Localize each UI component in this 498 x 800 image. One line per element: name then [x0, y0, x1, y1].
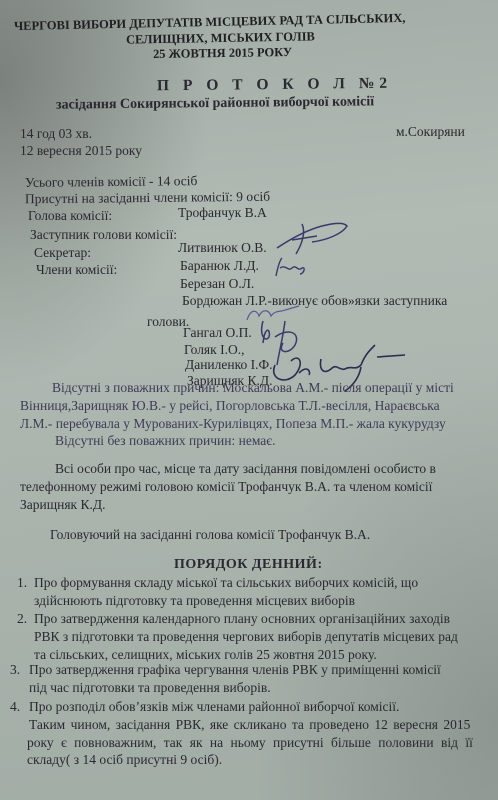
- agenda-item-text: Про формування складу міської та сільськ…: [34, 575, 418, 591]
- signature-member-1-icon: [272, 254, 312, 279]
- conclusion-line: складу( з 14 осіб присутні 9 осіб).: [27, 752, 222, 768]
- meeting-time: 14 год 03 хв.: [20, 126, 92, 142]
- presiding-text: Головуючий на засіданні голова комісії Т…: [50, 527, 370, 543]
- secretary-name: Литвинюк О.В.: [178, 240, 267, 256]
- secretary-label: Секретар:: [34, 245, 91, 261]
- member-name: Березан О.Л.: [180, 276, 254, 292]
- chair-label: Голова комісії:: [28, 208, 112, 224]
- agenda-item-text: та сільських, селищних, міських голів 25…: [34, 647, 377, 663]
- conclusion-line: року є повноважним, так як на ньому прис…: [27, 735, 473, 751]
- deputy-label: Заступник голови комісії:: [30, 227, 177, 243]
- agenda-item-number: 1.: [17, 575, 27, 591]
- agenda-item-text: Про затвердження календарного плану осно…: [34, 611, 450, 627]
- agenda-item-text: Про затвердження графіка чергування член…: [29, 662, 441, 678]
- absent-with-reason: Вінниця,Зарищняк Ю.В.- у рейсі, Погорлов…: [20, 398, 440, 414]
- agenda-heading: ПОРЯДОК ДЕННИЙ:: [174, 557, 323, 573]
- member-name: Гангал О.П.: [183, 325, 252, 341]
- member-name: Даниленко І.Ф.: [185, 357, 273, 373]
- chair-name: Трофанчук В.А: [178, 205, 267, 221]
- meeting-date: 12 вересня 2015 року: [20, 143, 142, 159]
- meeting-place: м.Сокиряни: [396, 124, 465, 140]
- agenda-item-number: 4.: [10, 699, 20, 715]
- agenda-item-text: Про розподіл обов’язків між членами райо…: [29, 699, 399, 715]
- absent-without-reason: Відсутні без поважних причин: немає.: [55, 433, 275, 449]
- absent-with-reason: Л.М.- перебувала у Мурованих-Курилівцях,…: [20, 416, 446, 432]
- member-name: Баранюк Л.Д.: [180, 258, 259, 274]
- page-subtitle: засідання Сокирянської районної виборчої…: [56, 94, 374, 113]
- agenda-item-text: РВК з підготовки та проведення чергових …: [34, 629, 458, 645]
- agenda-item-text: під час підготовки та проведення виборів…: [29, 680, 271, 696]
- absent-with-reason: Відсутні з поважних причин: Москальова А…: [52, 380, 454, 396]
- conclusion-line: Таким чином, засідання РВК, яке скликано…: [29, 717, 470, 733]
- agenda-item-text: здійснюють підготовку та проведення місц…: [34, 593, 355, 609]
- page-title: П Р О Т О К О Л №2: [157, 76, 392, 94]
- agenda-item-number: 2.: [17, 611, 27, 627]
- notice-line: Зарищняк К.Д.: [20, 497, 105, 513]
- total-members: Усього членів комісії - 14 осіб: [25, 173, 198, 191]
- header-line-3: 25 ЖОВТНЯ 2015 РОКУ: [153, 44, 292, 62]
- member-name: Голяк І.О.,: [184, 342, 244, 358]
- notice-line: Всі особи про час, місце та дату засідан…: [55, 461, 436, 477]
- members-label: Члени комісії:: [36, 262, 117, 278]
- agenda-item-number: 3.: [10, 662, 20, 678]
- signature-secretary-icon: [272, 218, 352, 258]
- member-name: Бордюжан Л.Р.-виконує обов»язки заступни…: [182, 293, 447, 309]
- notice-line: телефонному режимі головою комісії Трофа…: [20, 479, 432, 495]
